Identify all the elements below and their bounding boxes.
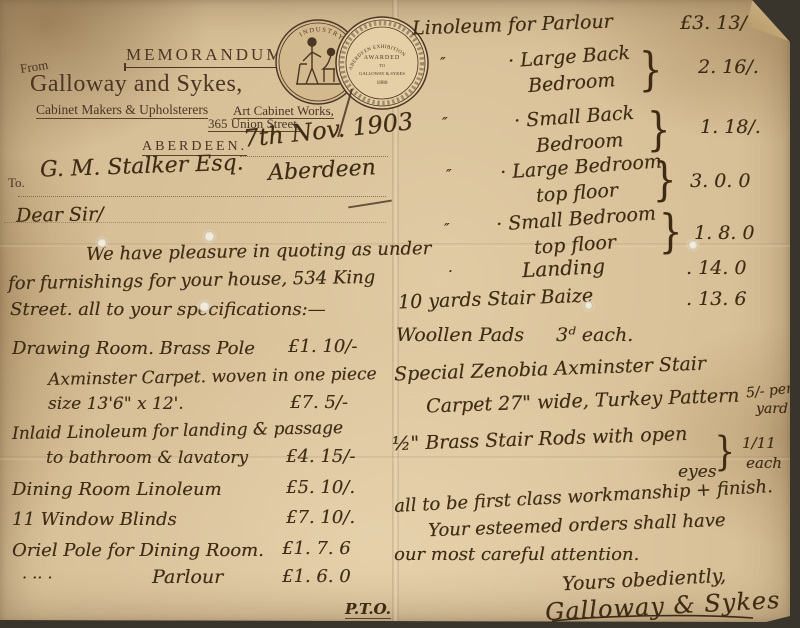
price-note: 5/- per <box>745 382 793 401</box>
folded-corner <box>746 0 792 44</box>
brace: } <box>659 208 682 254</box>
brace: } <box>715 432 735 472</box>
to-label: To. <box>8 176 25 189</box>
item-label: · Large Bedroom <box>500 152 663 182</box>
paper: MEMORANDUM. From Galloway and Sykes, Cab… <box>0 0 790 622</box>
award-medal-line3: GALLOWAY & SYKES <box>359 71 405 76</box>
item-label: Linoleum for Parlour <box>412 13 613 39</box>
item-label: Bedroom <box>527 71 615 96</box>
item-label: 11 Window Blinds <box>12 511 177 529</box>
ditto-marks: · ·· · <box>22 570 53 586</box>
item-label: Drawing Room. Brass Pole <box>12 340 255 358</box>
item-price: £5. 10/. <box>286 479 355 497</box>
ditto-mark: ″ <box>440 56 446 71</box>
item-label: · Small Back <box>513 104 634 131</box>
memo-title: MEMORANDUM. <box>126 46 292 63</box>
item-label: Dining Room Linoleum <box>12 481 222 499</box>
item-price: £1. 7. 6 <box>282 540 351 558</box>
item-price: . 14. 0 <box>686 259 746 278</box>
company-trade: Cabinet Makers & Upholsterers <box>36 103 208 119</box>
body-line: for furnishings for your house, 534 King <box>8 269 375 293</box>
item-label: Woollen Pads <box>396 326 524 345</box>
item-price: 2. 16/. <box>698 58 759 77</box>
item-price: £7. 10/. <box>286 509 355 527</box>
price-note: 1/11 <box>742 436 776 451</box>
award-medal-line1: AWARDED <box>364 55 401 61</box>
closing-line: Special Zenobia Axminster Stair <box>394 355 706 385</box>
item-price: £1. 10/- <box>288 338 357 356</box>
item-price: £7. 5/- <box>290 394 348 412</box>
item-label: 10 yards Stair Baize <box>398 287 594 313</box>
item-price: 3. 0. 0 <box>690 172 750 191</box>
body-line: Street. all to your specifications:— <box>10 301 326 319</box>
closing-line: Your esteemed orders shall have <box>428 512 726 540</box>
item-price: £3. 13/- <box>680 14 753 33</box>
award-medal-line2: TO <box>379 63 386 68</box>
memo-title-flourish <box>124 63 126 71</box>
body-line: We have pleasure in quoting as under <box>86 240 432 264</box>
pin-hole <box>584 301 593 310</box>
award-medal-year: 1880 <box>377 80 388 86</box>
item-label: to bathroom & lavatory <box>46 450 248 467</box>
memo-title-underline <box>126 67 276 68</box>
item-label: Axminster Carpet. woven in one piece <box>48 366 377 389</box>
closing-line: ½" Brass Stair Rods with open <box>392 425 688 454</box>
item-price: 1. 18/. <box>700 118 761 137</box>
item-label: Oriel Pole for Dining Room. <box>12 542 264 560</box>
pen-dash <box>348 200 392 209</box>
item-label: · Large Back <box>507 44 630 71</box>
item-label: top floor <box>535 181 618 206</box>
item-price: . 13. 6 <box>686 290 746 309</box>
exhibition-medals: INDUSTRY ABERDEEN EXHIBITION AWARDED TO … <box>272 6 432 118</box>
price-note: yard <box>756 402 788 416</box>
scanned-letter: MEMORANDUM. From Galloway and Sykes, Cab… <box>0 0 800 628</box>
ditto-mark: · <box>448 264 453 279</box>
item-label: · Small Bedroom <box>496 204 657 234</box>
price-note: each <box>746 456 782 471</box>
item-label: Landing <box>522 256 606 280</box>
salutation: Dear Sir/ <box>16 205 104 226</box>
pin-hole <box>97 238 107 248</box>
ditto-mark: ″ <box>442 116 448 131</box>
item-price: 3ᵈ each. <box>556 326 633 345</box>
ditto-mark: ″ <box>444 222 450 237</box>
pin-hole <box>199 301 210 312</box>
closing-line: Carpet 27" wide, Turkey Pattern <box>426 387 740 417</box>
recipient-city: Aberdeen <box>267 157 376 185</box>
recipient-name: G. M. Stalker Esq. <box>40 152 244 181</box>
signature-flourish <box>548 612 763 628</box>
item-price: £4. 15/- <box>286 448 355 466</box>
item-price: 1. 8. 0 <box>694 224 754 243</box>
item-label: Bedroom <box>535 131 623 156</box>
item-label: Inlaid Linoleum for landing & passage <box>12 420 343 443</box>
pin-hole <box>204 231 215 242</box>
brace: } <box>653 156 676 202</box>
brace: } <box>639 46 662 92</box>
closing-line: our most careful attention. <box>394 546 639 564</box>
pto-note: P.T.O. <box>345 602 391 619</box>
ditto-mark: ″ <box>446 168 452 183</box>
brace: } <box>647 106 670 152</box>
item-price: £1. 6. 0 <box>282 568 351 586</box>
company-name: Galloway and Sykes, <box>30 72 243 96</box>
item-label: Parlour <box>152 568 223 587</box>
pin-hole <box>688 240 698 250</box>
to-dotted-rule <box>18 196 386 197</box>
item-label: size 13'6" x 12'. <box>48 396 184 413</box>
